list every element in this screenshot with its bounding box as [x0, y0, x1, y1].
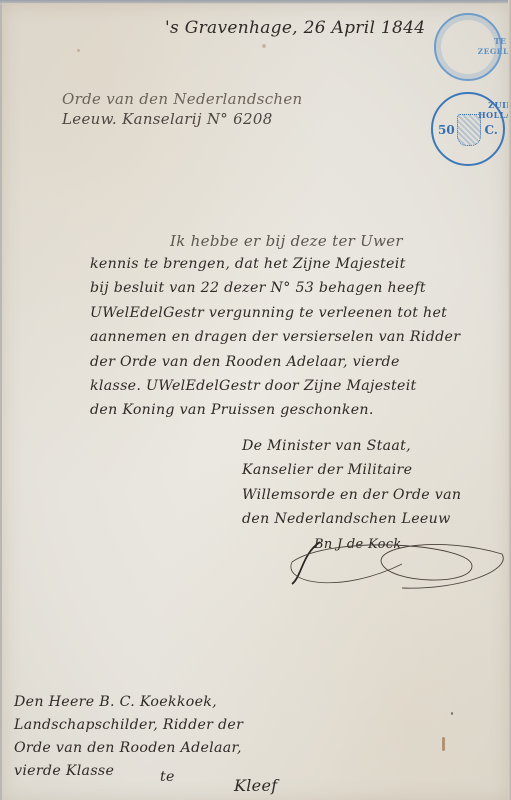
stamp-text: TE — [468, 36, 511, 46]
body-line: den Koning van Pruissen geschonken. — [90, 402, 374, 418]
body-line: bij besluit van 22 dezer N° 53 behagen h… — [90, 280, 426, 296]
addressee-line: vierde Klasse — [14, 763, 114, 779]
signature-block-line: Willemsorde en der Orde van — [242, 487, 461, 503]
body-line: UWelEdelGestr vergunning te verleenen to… — [90, 305, 447, 321]
addressee-place-prefix: te — [160, 769, 175, 785]
signature-block-line: De Minister van Staat, — [242, 438, 411, 454]
header-line-1: Orde van den Nederlandschen — [62, 90, 303, 108]
addressee-line: Orde van den Rooden Adelaar, — [14, 740, 242, 756]
place-date: 's Gravenhage, 26 April 1844 — [165, 18, 425, 38]
zuid-holland-stamp: ZUID-HOLLAND 50 C. — [431, 92, 505, 166]
addressee-place: Kleef — [234, 776, 277, 795]
body-line: klasse. UWelEdelGestr door Zijne Majeste… — [90, 378, 417, 394]
signature-flourish-icon — [272, 524, 511, 594]
stamp-text: ZEGELEN — [468, 47, 511, 56]
paper-stain — [442, 737, 445, 751]
addressee-line: Landschapschilder, Ridder der — [14, 717, 243, 733]
body-line: der Orde van den Rooden Adelaar, vierde — [90, 354, 400, 370]
addressee-line: Den Heere B. C. Koekkoek, — [14, 694, 217, 710]
stamp-unit: C. — [484, 123, 498, 137]
coat-of-arms-icon — [457, 114, 481, 146]
letter-sheet: 's Gravenhage, 26 April 1844 Orde van de… — [2, 3, 509, 800]
paper-mark — [451, 712, 453, 715]
te-zegelen-stamp: TE ZEGELEN — [434, 13, 502, 81]
body-line: aannemen en dragen der versierselen van … — [90, 329, 460, 345]
stamp-value: 50 — [438, 123, 455, 137]
body-line: Ik hebbe er bij deze ter Uwer — [170, 232, 403, 250]
paper-foxing-spot — [262, 44, 266, 48]
header-line-2: Leeuw. Kanselarij N° 6208 — [62, 110, 273, 128]
body-line: kennis te brengen, dat het Zijne Majeste… — [90, 256, 406, 272]
signature-block-line: Kanselier der Militaire — [242, 462, 412, 478]
paper-foxing-spot — [77, 49, 80, 52]
